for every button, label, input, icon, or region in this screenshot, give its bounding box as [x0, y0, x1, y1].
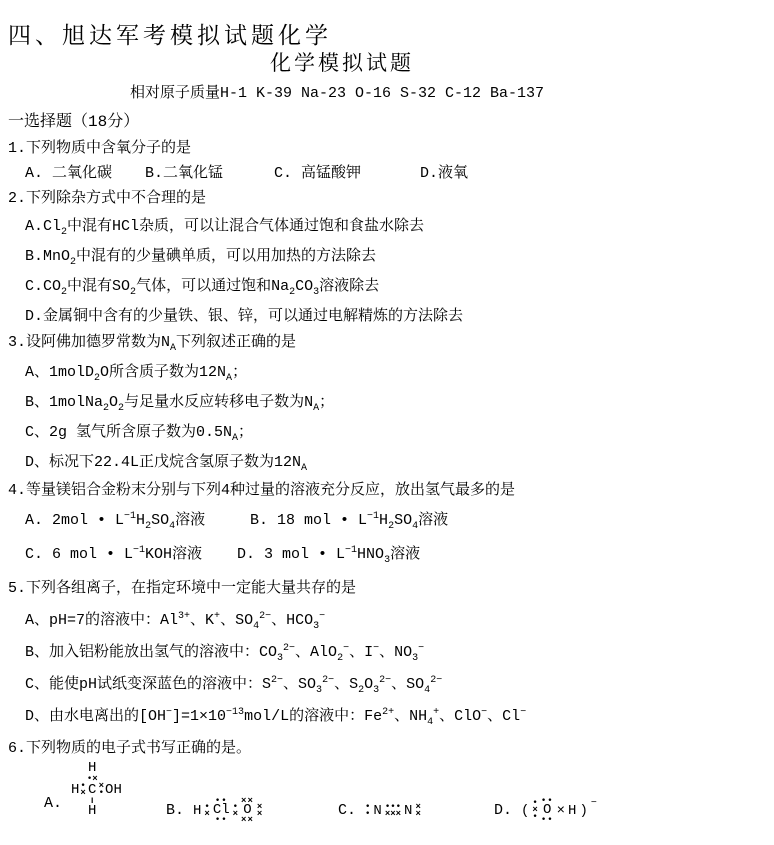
open-paren: ( [521, 804, 529, 818]
document-heading: 四、旭达军考模拟试题化学 [8, 24, 766, 50]
electron-pair: ×× [415, 804, 420, 818]
atom: N [404, 804, 412, 818]
option: D.液氧 [420, 163, 468, 185]
q6-option-c: C. •• N •••××× N ×× [338, 802, 421, 819]
option: A.Cl2中混有HCl杂质，可以让混合气体通过饱和食盐水除去 [25, 216, 766, 238]
option: D.金属铜中含有的少量铁、银、锌，可以通过电解精炼的方法除去 [25, 306, 766, 328]
atom: H [88, 805, 96, 818]
option: A. 二氧化碳 [25, 163, 145, 185]
electron-pair: •× [233, 804, 238, 818]
option: B.二氧化锰 [145, 163, 274, 185]
charge-superscript: − [591, 798, 597, 809]
question-3-stem: 3.设阿佛加德罗常数为NA下列叙述正确的是 [8, 332, 766, 354]
electron-pair: ×× [257, 804, 262, 818]
option: B、1molNa2O2与足量水反应转移电子数为NA； [25, 392, 766, 414]
atom-with-lone-pairs: ••O•• [541, 798, 554, 823]
q6-option-b-label: B. [166, 802, 184, 819]
atom-with-lone-pairs: ××O×× [241, 798, 254, 823]
option: B.MnO2中混有的少量碘单质，可以用加热的方法除去 [25, 246, 766, 268]
option: C.CO2中混有SO2气体，可以通过饱和Na2CO3溶液除去 [25, 276, 766, 298]
option: A. 2mol • L−1H2SO4溶液 [25, 510, 250, 532]
option: B、加入铝粉能放出氢气的溶液中：CO32−、AlO2−、I−、NO3− [25, 642, 766, 664]
electron-pair: × [557, 804, 565, 818]
question-2-stem: 2.下列除杂方式中不合理的是 [8, 188, 766, 210]
electron-pair: •× [204, 804, 209, 818]
question-4-options-row-1: A. 2mol • L−1H2SO4溶液B. 18 mol • L−1H2SO4… [25, 510, 766, 532]
option: C. 高锰酸钾 [274, 163, 420, 185]
electron-pair: •×• [532, 800, 537, 821]
atomic-masses-line: 相对原子质量H-1 K-39 Na-23 O-16 S-32 C-12 Ba-1… [8, 84, 666, 104]
atom: H [193, 804, 201, 818]
atom: C [88, 784, 96, 797]
q6-option-d: D. ( •×• ••O•• × H ) − [494, 798, 597, 823]
section-heading: 一选择题（18分） [8, 112, 766, 132]
exam-title: 化学模拟试题 [8, 54, 676, 78]
question-1-options: A. 二氧化碳B.二氧化锰C. 高锰酸钾D.液氧 [25, 163, 766, 185]
option: C. 6 mol • L−1KOH溶液 [25, 544, 237, 566]
q6-option-a: A. H •× H •× C ×• OH ו H [44, 762, 122, 818]
option: A、pH=7的溶液中：Al3+、K+、SO42−、HCO3− [25, 610, 766, 632]
q6-option-d-label: D. [494, 802, 512, 819]
atom: H [71, 784, 79, 797]
option: A、1molD2O所含质子数为12NA； [25, 362, 766, 384]
option: C、能使pH试纸变深蓝色的溶液中：S2−、SO32−、S2O32−、SO42− [25, 674, 766, 696]
lewis-structure-hydroxide: ( •×• ••O•• × H ) − [521, 798, 597, 823]
q6-option-b: B. H •× ••Cl•• •× ××O×× ×× [166, 798, 262, 823]
question-6-options: A. H •× H •× C ×• OH ו H B. H •× ••Cl•• [8, 762, 766, 845]
question-4-stem: 4.等量镁铝合金粉末分别与下列4种过量的溶液充分反应，放出氢气最多的是 [8, 480, 766, 502]
exam-document: 四、旭达军考模拟试题化学 化学模拟试题 相对原子质量H-1 K-39 Na-23… [0, 0, 774, 845]
lewis-structure-ch3oh: H •× H •× C ×• OH ו H [71, 762, 122, 818]
electron-pair: •× [80, 783, 85, 797]
electron-pair: ×• [99, 783, 104, 797]
question-1-stem: 1.下列物质中含氧分子的是 [8, 138, 766, 160]
q6-option-c-label: C. [338, 802, 356, 819]
q6-option-a-label: A. [44, 795, 62, 812]
question-5-stem: 5.下列各组离子，在指定环境中一定能大量共存的是 [8, 578, 766, 600]
bond-electron-pairs: •••××× [385, 804, 401, 818]
option: C、2g 氢气所含原子数为0.5NA； [25, 422, 766, 444]
close-paren: ) [579, 804, 587, 818]
option: D、标况下22.4L正戊烷含氢原子数为12NA [25, 452, 766, 474]
option: B. 18 mol • L−1H2SO4溶液 [250, 512, 448, 529]
question-4-options-row-2: C. 6 mol • L−1KOH溶液D. 3 mol • L−1HNO3溶液 [25, 544, 766, 566]
atom: N [373, 804, 381, 818]
lewis-structure-n2: •• N •••××× N ×× [365, 804, 421, 818]
question-6-stem: 6.下列物质的电子式书写正确的是。 [8, 738, 766, 760]
electron-pair: •• [365, 804, 370, 818]
lewis-structure-hclo: H •× ••Cl•• •× ××O×× ×× [193, 798, 262, 823]
option: D、由水电离出的[OH−]=1×10−13mol/L的溶液中：Fe2+、NH4+… [25, 706, 766, 728]
atom: H [568, 804, 576, 818]
atom: OH [105, 784, 122, 797]
option: D. 3 mol • L−1HNO3溶液 [237, 546, 420, 563]
atom-with-lone-pairs: ••Cl•• [213, 798, 230, 823]
